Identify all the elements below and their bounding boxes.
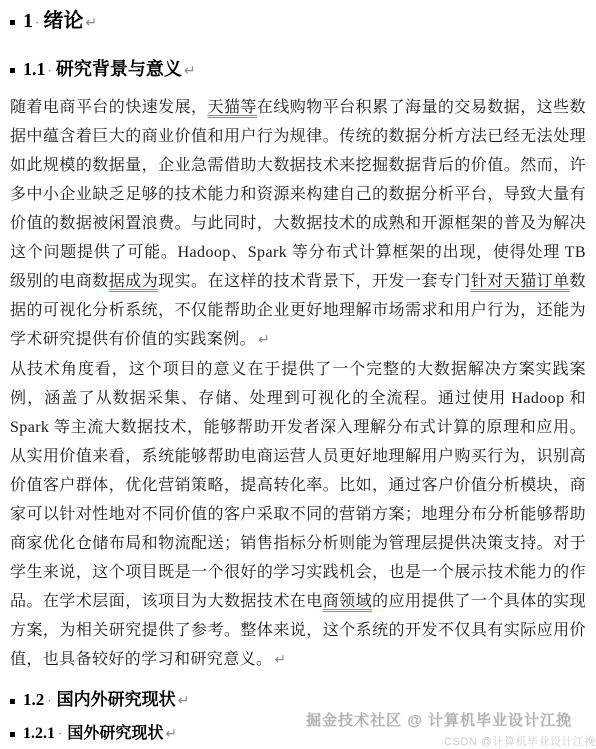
paragraph-background: 随着电商平台的快速发展，天猫等在线购物平台积累了海量的交易数据，这些数据中蕴含着… [10,93,586,355]
heading-number: 1 [23,10,33,32]
heading-title: 绪论 [43,10,83,32]
heading-title: 研究背景与意义 [56,59,182,79]
heading-title: 国内外研究现状 [57,690,176,709]
paragraph-text: 从技术角度看，这个项目的意义在于提供了一个完整的大数据解决方案实践案例，涵盖了从… [10,361,586,668]
paragraph-end-mark-icon: ↵ [85,15,97,31]
document-content: 1·绪论↵ 1.1·研究背景与意义↵ 随着电商平台的快速发展，天猫等在线购物平台… [0,9,596,746]
paragraph-end-mark-icon: ↵ [184,63,196,79]
grammar-flagged-text: 针对天猫订单 [471,273,570,290]
body-paragraphs: 随着电商平台的快速发展，天猫等在线购物平台积累了海量的交易数据，这些数据中蕴含着… [10,93,586,675]
space-formatting-mark: · [44,693,56,708]
heading-style-marker-icon [10,20,15,25]
grammar-flagged-text: 天猫等 [208,99,257,116]
watermark-juejin: 掘金技术社区 @ 计算机毕业设计江挽 [306,709,572,730]
heading-number: 1.2.1 [23,725,55,742]
heading-style-marker-icon [10,732,15,737]
heading-number: 1.2 [23,690,44,709]
paragraph-end-mark-icon: ↵ [165,726,177,742]
paragraph-text: 随着电商平台的快速发展，天猫等在线购物平台积累了海量的交易数据，这些数据中蕴含着… [10,99,586,348]
grammar-flagged-text: 商领域 [323,593,372,610]
paragraph-significance: 从技术角度看，这个项目的意义在于提供了一个完整的大数据解决方案实践案例，涵盖了从… [10,355,586,675]
body-text-run: 现实。在这样的技术背景下，开发一套专门 [158,273,471,290]
watermark-csdn: CSDN @计算机毕业设计江挽 [444,733,596,749]
paragraph-end-mark-icon: ↵ [258,332,270,348]
heading-style-marker-icon [10,699,15,704]
body-text-run: 从技术角度看，这个项目的意义在于提供了一个完整的大数据解决方案实践案例，涵盖了从… [10,361,586,610]
body-text-run: 在线购物平台积累了海量的交易数据，这些数据中蕴含着巨大的商业价值和用户行为规律。… [10,99,586,290]
space-formatting-mark: · [55,726,67,741]
paragraph-end-mark-icon: ↵ [274,652,286,668]
space-formatting-mark: · [33,15,43,30]
heading-title: 国外研究现状 [67,725,163,742]
document-page: 1·绪论↵ 1.1·研究背景与意义↵ 随着电商平台的快速发展，天猫等在线购物平台… [0,0,596,749]
space-formatting-mark: · [46,63,56,78]
grammar-flagged-text: 据成为 [109,273,158,290]
heading-style-marker-icon [10,68,15,73]
heading-number: 1.1 [23,59,46,79]
body-text-run: 随着电商平台的快速发展， [10,99,208,116]
heading-1-1-section: 1.1·研究背景与意义↵ [10,57,586,83]
paragraph-end-mark-icon: ↵ [178,693,190,709]
heading-1-chapter: 1·绪论↵ [10,9,586,35]
